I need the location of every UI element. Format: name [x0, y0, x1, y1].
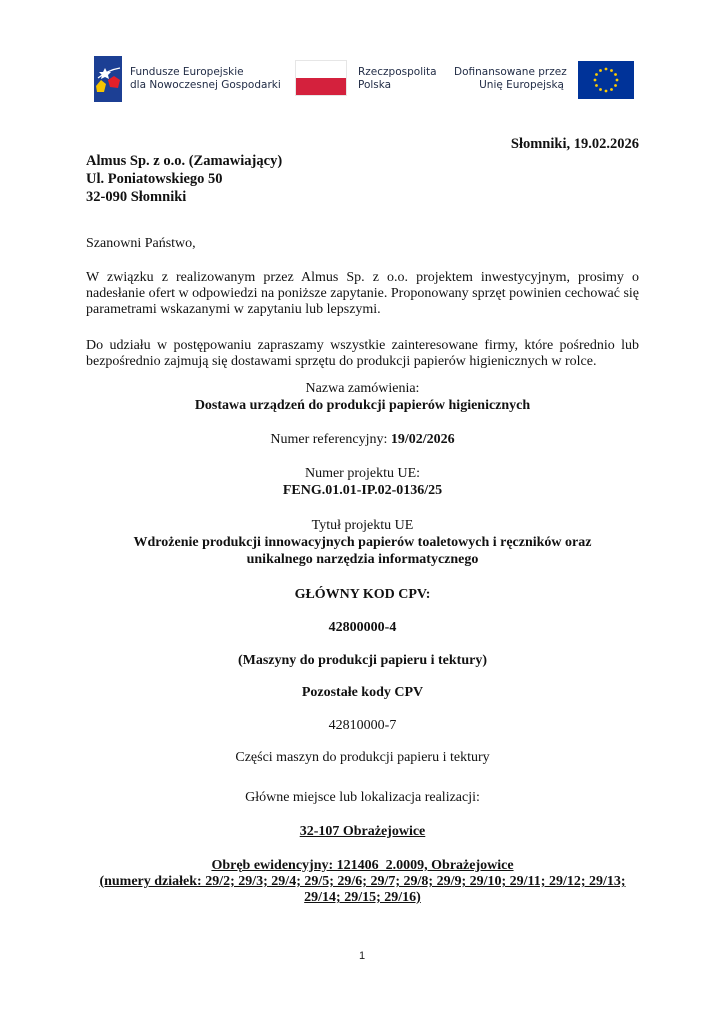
other-cpv-code: 42810000-7: [86, 718, 639, 734]
paragraph-invitation: Do udziału w postępowaniu zapraszamy wsz…: [86, 338, 639, 370]
sender-name: Almus Sp. z o.o. (Zamawiający): [86, 152, 282, 170]
main-cpv-desc: (Maszyny do produkcji papieru i tektury): [86, 653, 639, 669]
location-label: Główne miejsce lub lokalizacja realizacj…: [86, 790, 639, 806]
other-cpv-label: Pozostałe kody CPV: [86, 685, 639, 701]
project-number: FENG.01.01-IP.02-0136/25: [86, 483, 639, 499]
reference-number: Numer referencyjny: 19/02/2026: [86, 432, 639, 448]
project-title-line1: Wdrożenie produkcji innowacyjnych papier…: [86, 535, 639, 551]
paragraph-intro: W związku z realizowanym przez Almus Sp.…: [86, 270, 639, 318]
project-title-label: Tytuł projektu UE: [86, 518, 639, 534]
pl-line1: Rzeczpospolita: [358, 66, 437, 79]
sender-street: Ul. Poniatowskiego 50: [86, 170, 282, 188]
sender-address: Almus Sp. z o.o. (Zamawiający) Ul. Ponia…: [86, 152, 282, 206]
reference-value: 19/02/2026: [391, 432, 455, 447]
polish-flag-icon: [295, 60, 347, 96]
pl-line2: Polska: [358, 79, 437, 92]
fundusze-europejskie-icon: [94, 56, 122, 102]
location-line2: (numery działek: 29/2; 29/3; 29/4; 29/5;…: [86, 874, 639, 890]
order-name-label: Nazwa zamówienia:: [86, 381, 639, 397]
eu-line1: Dofinansowane przez: [454, 66, 564, 79]
page-number: 1: [0, 950, 724, 962]
location-line3: 29/14; 29/15; 29/16): [86, 890, 639, 906]
reference-label: Numer referencyjny:: [270, 432, 391, 447]
fe-line1: Fundusze Europejskie: [130, 66, 281, 79]
main-cpv-code: 42800000-4: [86, 620, 639, 636]
location-place: 32-107 Obrażejowice: [86, 824, 639, 840]
header-logos: Fundusze Europejskie dla Nowoczesnej Gos…: [94, 56, 634, 106]
other-cpv-desc: Części maszyn do produkcji papieru i tek…: [86, 750, 639, 766]
eu-flag-icon: [578, 61, 634, 99]
place-date: Słomniki, 19.02.2026: [511, 136, 639, 152]
eu-line2: Unię Europejską: [454, 79, 564, 92]
greeting: Szanowni Państwo,: [86, 236, 196, 252]
project-title-line2: unikalnego narzędzia informatycznego: [86, 552, 639, 568]
location-line1: Obręb ewidencyjny: 121406_2.0009, Obraże…: [86, 858, 639, 874]
fe-line2: dla Nowoczesnej Gospodarki: [130, 79, 281, 92]
sender-city: 32-090 Słomniki: [86, 188, 282, 206]
main-cpv-label: GŁÓWNY KOD CPV:: [86, 587, 639, 603]
project-number-label: Numer projektu UE:: [86, 466, 639, 482]
order-name: Dostawa urządzeń do produkcji papierów h…: [86, 398, 639, 414]
